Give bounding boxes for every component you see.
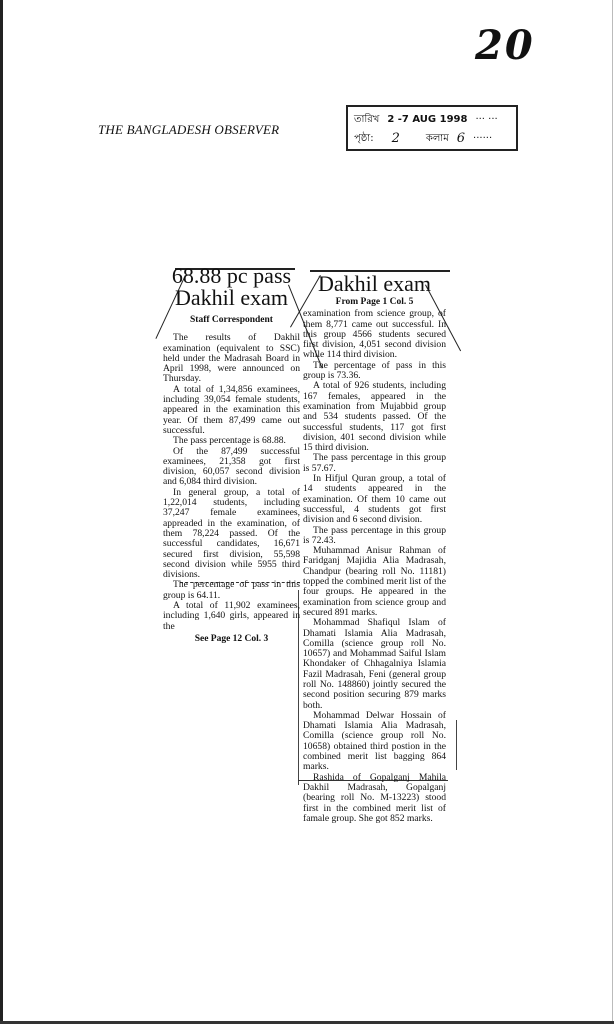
continuation-headline: Dakhil exam	[303, 273, 446, 295]
paragraph: examination from science group, of them …	[303, 309, 446, 360]
stamp-page-row: পৃষ্ঠা: 2 কলাম 6 ······	[354, 129, 510, 148]
stamp-page-value: 2	[392, 129, 400, 148]
page-number: 20	[475, 22, 535, 69]
paragraph: Mohammad Shafiqul Islam of Dhamati Islam…	[303, 618, 446, 711]
paragraph: The pass percentage in this group is 57.…	[303, 453, 446, 474]
paragraph: The percentage of pass in this group is …	[163, 580, 300, 601]
scan-edge-right	[612, 0, 613, 1024]
continued-from: From Page 1 Col. 5	[303, 297, 446, 307]
archive-stamp: তারিখ 2 -7 AUG 1998 ··· ··· পৃষ্ঠা: 2 কল…	[346, 105, 518, 151]
stamp-date-row: তারিখ 2 -7 AUG 1998 ··· ···	[354, 110, 510, 129]
article-column-1: 68.88 pc pass Dakhil exam Staff Correspo…	[163, 265, 300, 644]
paragraph: The results of Dakhil examination (equiv…	[163, 333, 300, 384]
stamp-column-label: কলাম	[426, 129, 449, 148]
paragraph: Of the 87,499 successful examinees, 21,3…	[163, 447, 300, 488]
paragraph: The percentage of pass in this group is …	[303, 361, 446, 382]
stamp-date-value: 2 -7 AUG 1998	[387, 110, 467, 129]
article-column-2: Dakhil exam From Page 1 Col. 5 examinati…	[303, 265, 446, 824]
headline: 68.88 pc pass Dakhil exam	[163, 265, 300, 309]
paragraph: The pass percentage in this group is 72.…	[303, 526, 446, 547]
stamp-dots: ··· ···	[475, 110, 497, 129]
headline-line-1: 68.88 pc pass	[163, 265, 300, 287]
scan-edge-left	[0, 0, 3, 1024]
stamp-date-label: তারিখ	[354, 110, 379, 129]
paragraph: A total of 1,34,856 examinees, including…	[163, 385, 300, 436]
newspaper-name: THE BANGLADESH OBSERVER	[98, 122, 279, 138]
stamp-page-label: পৃষ্ঠা:	[354, 129, 374, 148]
paragraph: A total of 926 students, including 167 f…	[303, 381, 446, 453]
headline-line-2: Dakhil exam	[163, 287, 300, 309]
paragraph: In Hifjul Quran group, a total of 14 stu…	[303, 474, 446, 525]
stamp-column-value: 6	[457, 129, 465, 148]
paragraph: Mohammad Delwar Hossain of Dhamati Islam…	[303, 711, 446, 773]
clipping-right-rule-2	[456, 720, 457, 770]
byline: Staff Correspondent	[163, 315, 300, 325]
stamp-dots-2: ······	[473, 129, 492, 148]
paragraph: A total of 11,902 examinees, including 1…	[163, 601, 300, 632]
jump-line: See Page 12 Col. 3	[163, 634, 300, 644]
paragraph: Muhammad Anisur Rahman of Faridganj Maji…	[303, 546, 446, 618]
paragraph: Rashida of Gopalganj Mahila Dakhil Madra…	[303, 773, 446, 824]
paragraph: In general group, a total of 1,22,014 st…	[163, 488, 300, 581]
